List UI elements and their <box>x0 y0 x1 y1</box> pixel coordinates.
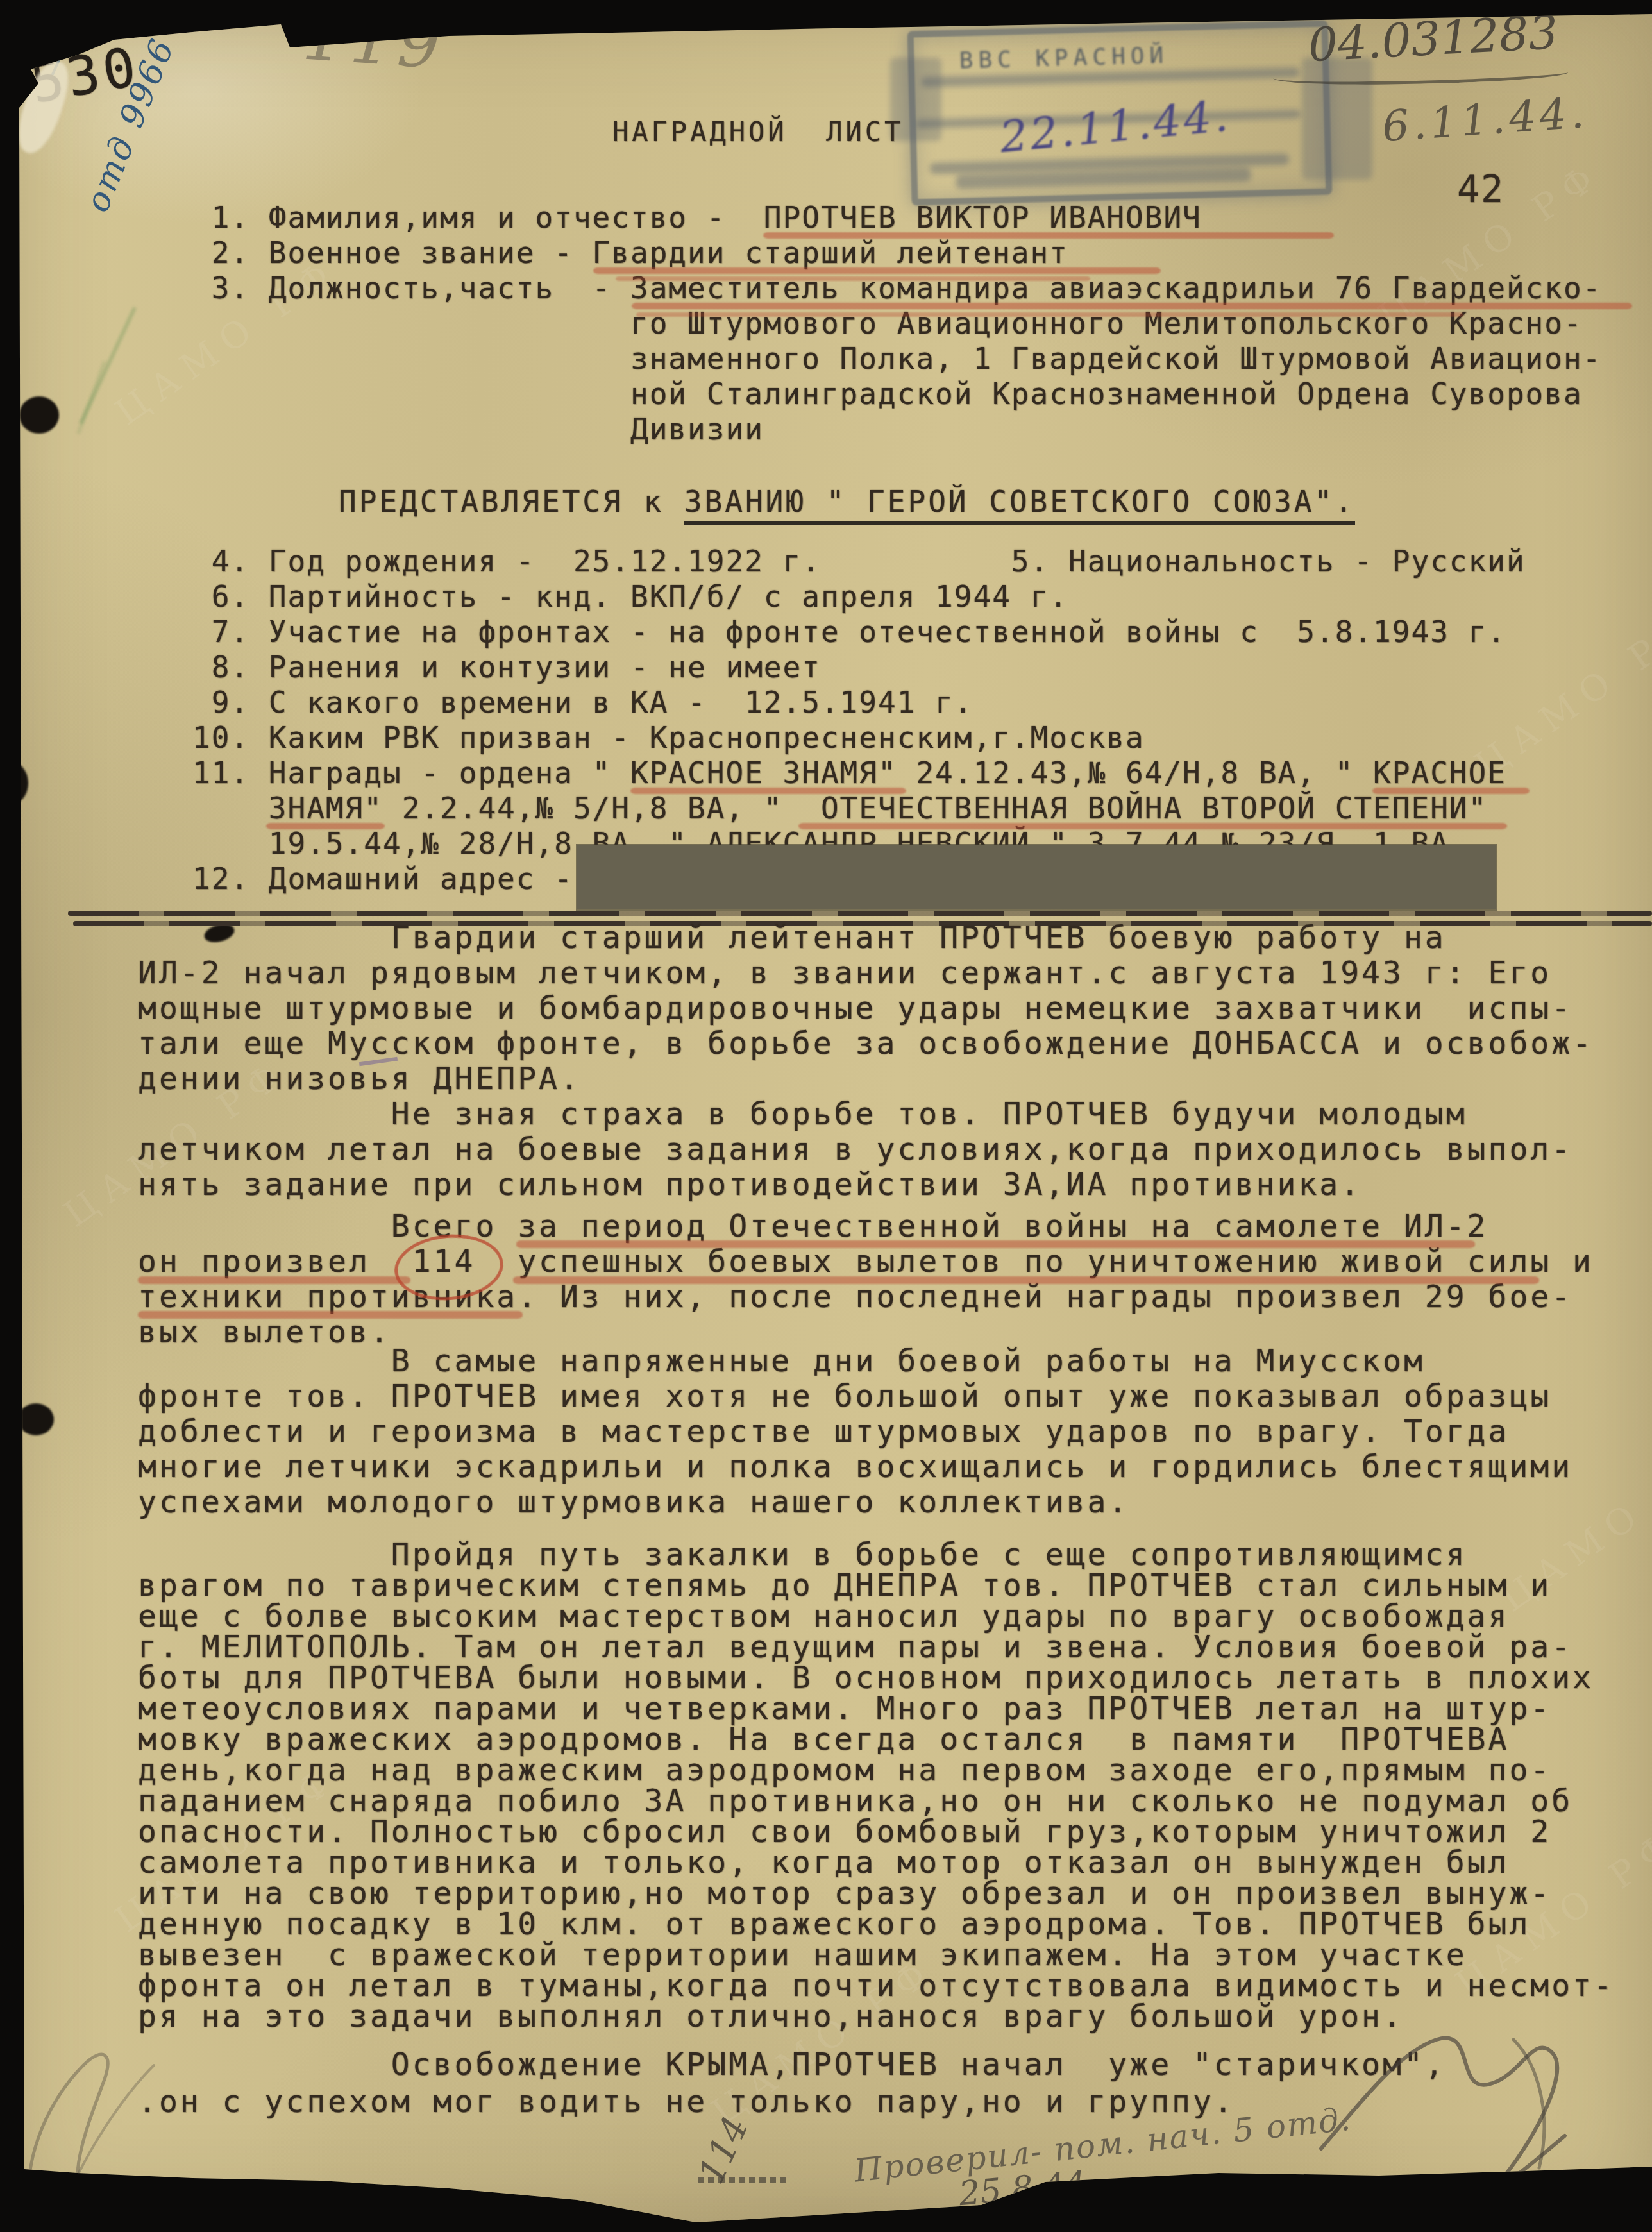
text-line: тали еще Мусском фронте, в борьбе за осв… <box>138 1026 1594 1061</box>
body-paragraph-5: Пройдя путь закалки в борьбе с еще сопро… <box>138 1539 1615 2032</box>
document-title: НАГРАДНОЙ ЛИСТ <box>612 114 904 149</box>
text-line: Дивизии <box>192 412 1601 447</box>
text-line: Пройдя путь закалки в борьбе с еще сопро… <box>138 1539 1615 1570</box>
text-line: 8. Ранения и контузии - не имеет <box>192 650 1526 685</box>
text-line: опасности. Полностью сбросил свои бомбов… <box>138 1816 1615 1847</box>
text-line: Всего за период Отечественной войны на с… <box>138 1209 1594 1244</box>
text-line: врагом по таврическим степямь до ДНЕПРА … <box>138 1570 1615 1601</box>
text-line: мовку вражеских аэродромов. На всегда ос… <box>138 1724 1615 1755</box>
red-underline-award-3 <box>266 823 385 829</box>
text-line: он произвел 114 успешных боевых вылетов … <box>138 1244 1594 1280</box>
stamp-header-text: ВВС КРАСНОЙ <box>959 42 1168 74</box>
text-line: мощные штурмовые и бомбардировочные удар… <box>138 991 1594 1026</box>
text-line: 11. Награды - ордена " КРАСНОЕ ЗНАМЯ" 24… <box>192 756 1526 791</box>
punch-hole <box>18 1403 54 1435</box>
text-line: 1. Фамилия,имя и отчество - ПРОТЧЕВ ВИКТ… <box>192 200 1601 235</box>
red-underline-name <box>763 232 1334 239</box>
verify-dash-mark <box>698 2177 788 2183</box>
body-paragraph-1: Гвардии старший лейтенант ПРОТЧЕВ боевую… <box>138 920 1594 1097</box>
red-underline-sorties-left <box>138 1276 410 1284</box>
red-underline-award-2 <box>1372 788 1530 794</box>
incoming-date: 6.11.44. <box>1381 88 1589 151</box>
text-line: ЗНАМЯ" 2.2.44,№ 5/Н,8 ВА, " ОТЕЧЕСТВЕННА… <box>192 791 1526 826</box>
blue-ink-mark: и <box>55 26 74 60</box>
text-line: Освобождение КРЫМА,ПРОТЧЕВ начал уже "ст… <box>138 2046 1446 2083</box>
text-line: фронта он летал в туманы,когда почти отс… <box>138 1970 1615 2001</box>
text-line: успехами молодого штурмовика нашего колл… <box>138 1485 1572 1520</box>
text-line: В самые напряженные дни боевой работы на… <box>138 1344 1572 1379</box>
red-underline-enemy-equipment <box>138 1311 523 1319</box>
red-underline-award-4 <box>798 823 1507 829</box>
text-line: техники противника. Из них, после послед… <box>138 1280 1594 1315</box>
text-line: день,когда над вражеским аэродромом на п… <box>138 1755 1615 1786</box>
body-paragraph-2: Не зная страха в борьбе тов. ПРОТЧЕВ буд… <box>138 1097 1572 1203</box>
verify-date-underline <box>962 2207 1090 2219</box>
text-line: г. МЕЛИТОПОЛЬ. Там он летал ведущим пары… <box>138 1632 1615 1662</box>
text-line: паданием снаряда побило ЗА противника,но… <box>138 1786 1615 1816</box>
punch-hole <box>19 396 59 434</box>
text-line: фронте тов. ПРОТЧЕВ имея хотя не большой… <box>138 1379 1572 1414</box>
text-line: ной Сталинградской Краснознаменной Орден… <box>192 376 1601 412</box>
signature-flourish <box>1308 2014 1590 2219</box>
text-line: Гвардии старший лейтенант ПРОТЧЕВ боевую… <box>138 920 1594 956</box>
form-items-4-12: 4. Год рождения - 25.12.1922 г. 5. Нацио… <box>192 544 1526 897</box>
military-unit-stamp: ВВС КРАСНОЙ 22.11.44. <box>907 20 1333 205</box>
red-underline-position <box>632 303 1632 309</box>
text-line: 6. Партийность - кнд. ВКП/б/ с апреля 19… <box>192 579 1526 614</box>
body-paragraph-4: В самые напряженные дни боевой работы на… <box>138 1344 1572 1520</box>
text-line: го Штурмового Авиационного Мелитопольско… <box>192 306 1601 341</box>
green-margin-mark <box>77 361 106 434</box>
divider-line <box>68 911 1652 916</box>
ink-blot <box>1316 2204 1333 2224</box>
text-line: ИЛ-2 начал рядовым летчиком, в звании се… <box>138 956 1594 991</box>
text-line: доблести и героизма в мастерстве штурмов… <box>138 1414 1572 1450</box>
scanned-award-sheet: ЦАМО РФ ЦАМО РФ ЦАМО РФ ЦАМО РФ ЦАМО РФ … <box>0 0 1652 2232</box>
punch-hole <box>0 762 28 804</box>
red-underline-rank-echo <box>616 276 1090 281</box>
text-line: 7. Участие на фронтах - на фронте отечес… <box>192 614 1526 650</box>
text-line: самолета противника и только, когда мото… <box>138 1847 1615 1878</box>
text-line: вывезен с вражеской территории нашим эки… <box>138 1940 1615 1970</box>
red-underline-position-echo <box>636 312 1463 317</box>
text-line: летчиком летал на боевые задания в услов… <box>138 1132 1572 1167</box>
text-line: 10. Каким РВК призван - Краснопресненски… <box>192 720 1526 756</box>
text-line: знаменного Полка, 1 Гвардейской Штурмово… <box>192 341 1601 376</box>
margin-scribble <box>6 2027 173 2232</box>
text-line: многие летчики эскадрильи и полка восхищ… <box>138 1450 1572 1485</box>
text-line: денную посадку в 10 клм. от вражеского а… <box>138 1909 1615 1940</box>
pencil-page-number: 119 <box>300 0 448 85</box>
text-line: нять задание при сильном противодействии… <box>138 1167 1572 1203</box>
red-underline-award-1 <box>630 788 906 794</box>
nomination-heading-title: ЗВАНИЮ " ГЕРОЙ СОВЕТСКОГО СОЮЗА". <box>684 484 1355 525</box>
red-underline-sorties-right <box>513 1276 1539 1284</box>
text-line: дении низовья ДНЕПРА. <box>138 1061 1594 1097</box>
text-line: боты для ПРОТЧЕВА были новыми. В основно… <box>138 1662 1615 1693</box>
text-line: 4. Год рождения - 25.12.1922 г. 5. Нацио… <box>192 544 1526 579</box>
red-underline-rank <box>593 267 1161 274</box>
red-underline-sorties-line1 <box>516 1240 1475 1248</box>
text-line: 9. С какого времени в КА - 12.5.1941 г. <box>192 685 1526 720</box>
text-line: метеоусловиях парами и четверками. Много… <box>138 1693 1615 1724</box>
text-line: еще с болве высоким мастерством наносил … <box>138 1601 1615 1632</box>
body-paragraph-6: Освобождение КРЫМА,ПРОТЧЕВ начал уже "ст… <box>138 2046 1446 2120</box>
stamp-date-handwritten: 22.11.44. <box>998 90 1233 163</box>
text-line: 2. Военное звание - Гвардии старший лейт… <box>192 235 1601 271</box>
nomination-heading-prefix: ПРЕДСТАВЛЯЕТСЯ к <box>339 484 684 519</box>
text-line: итти на свою территорию,но мотор сразу о… <box>138 1878 1615 1909</box>
paper-sheet: ЦАМО РФ ЦАМО РФ ЦАМО РФ ЦАМО РФ ЦАМО РФ … <box>0 0 1652 2232</box>
redaction-box <box>577 845 1496 909</box>
nomination-heading: ПРЕДСТАВЛЯЕТСЯ к ЗВАНИЮ " ГЕРОЙ СОВЕТСКО… <box>339 484 1355 520</box>
text-line: Не зная страха в борьбе тов. ПРОТЧЕВ буд… <box>138 1097 1572 1132</box>
